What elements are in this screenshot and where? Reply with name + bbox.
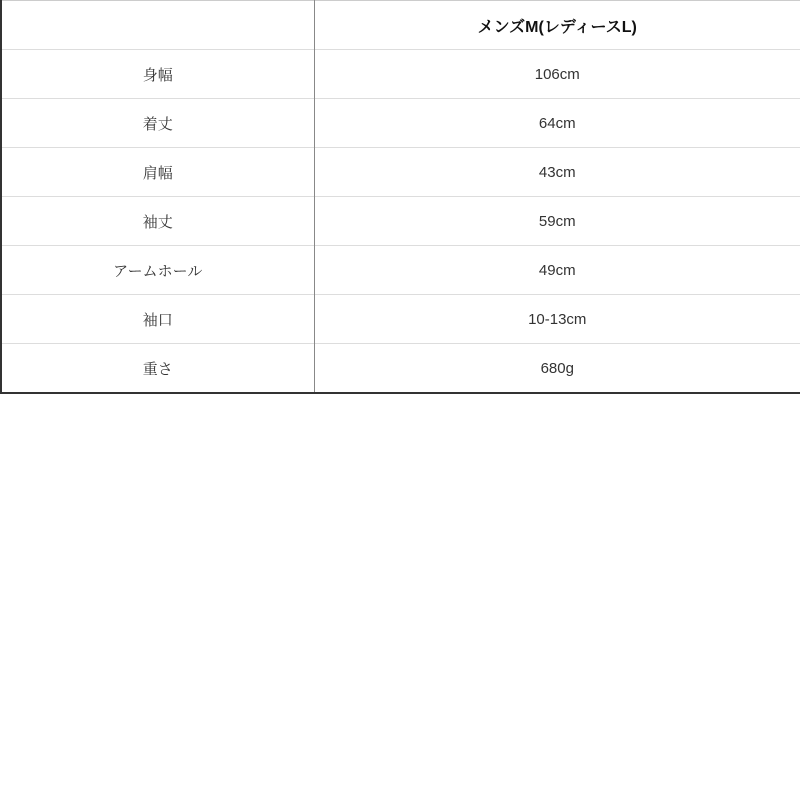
table-row: アームホール 49cm <box>1 246 800 295</box>
table-row: 袖丈 59cm <box>1 197 800 246</box>
table-row: 袖口 10-13cm <box>1 295 800 344</box>
table-row: 重さ 680g <box>1 344 800 394</box>
empty-area <box>0 394 800 800</box>
measure-label-shoulder-width: 肩幅 <box>1 148 314 197</box>
measure-label-cuff: 袖口 <box>1 295 314 344</box>
measure-label-armhole: アームホール <box>1 246 314 295</box>
table-header-row: メンズM(レディースL) <box>1 1 800 50</box>
table-row: 身幅 106cm <box>1 50 800 99</box>
measure-value-armhole: 49cm <box>314 246 800 295</box>
size-chart-corner-cell <box>1 1 314 50</box>
measure-label-body-width: 身幅 <box>1 50 314 99</box>
measure-value-weight: 680g <box>314 344 800 394</box>
measure-label-sleeve-length: 袖丈 <box>1 197 314 246</box>
measure-value-length: 64cm <box>314 99 800 148</box>
table-row: 肩幅 43cm <box>1 148 800 197</box>
measure-label-weight: 重さ <box>1 344 314 394</box>
measure-value-sleeve-length: 59cm <box>314 197 800 246</box>
measure-value-cuff: 10-13cm <box>314 295 800 344</box>
measure-value-shoulder-width: 43cm <box>314 148 800 197</box>
measure-value-body-width: 106cm <box>314 50 800 99</box>
size-chart-table: メンズM(レディースL) 身幅 106cm 着丈 64cm 肩幅 43cm 袖丈… <box>0 0 800 394</box>
measure-label-length: 着丈 <box>1 99 314 148</box>
size-column-header: メンズM(レディースL) <box>314 1 800 50</box>
table-row: 着丈 64cm <box>1 99 800 148</box>
